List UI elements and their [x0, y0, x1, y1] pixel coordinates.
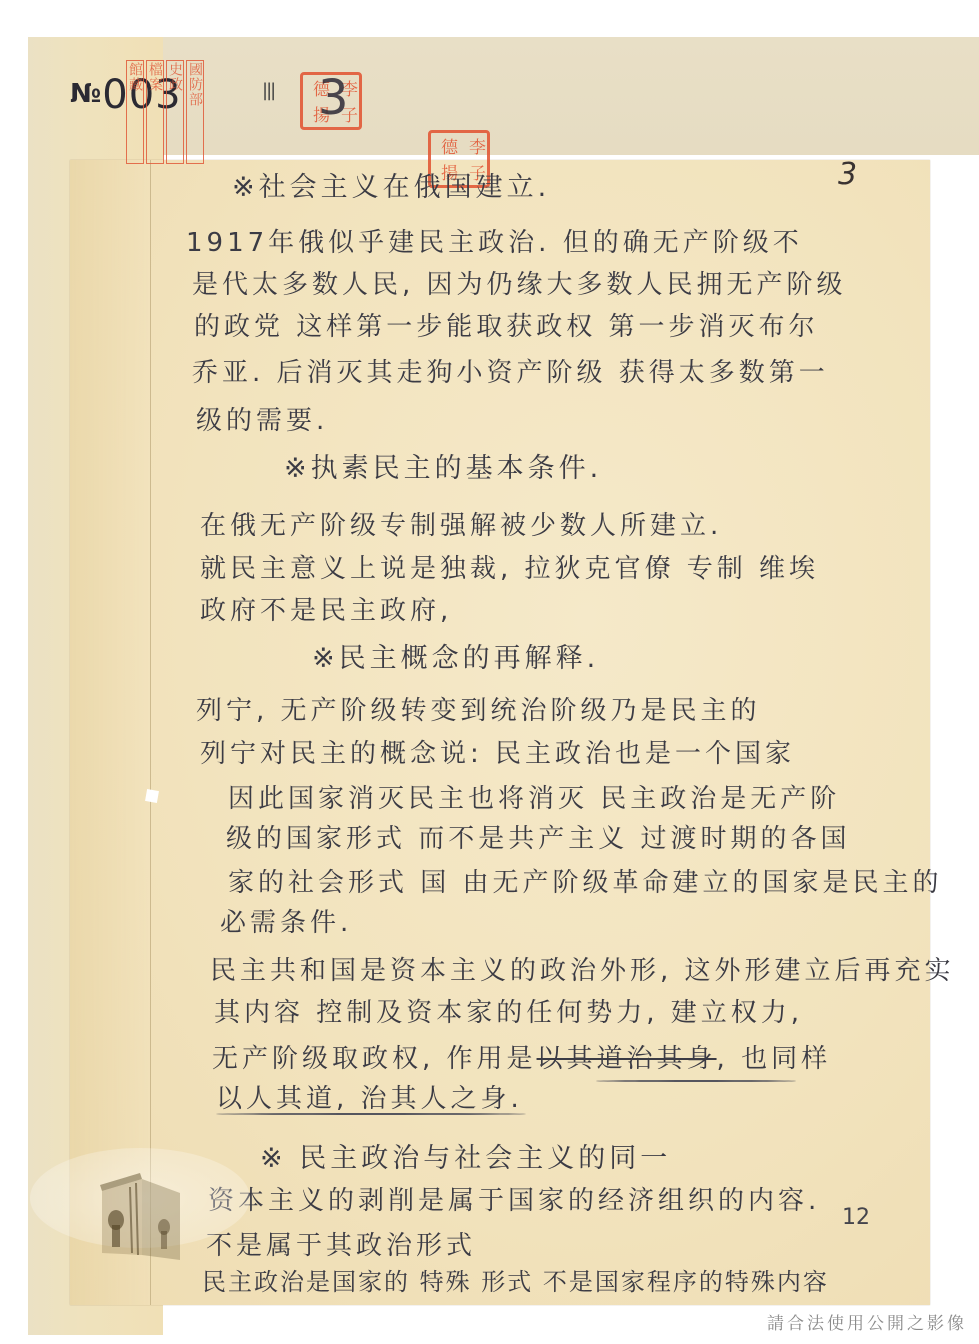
text-line: 不是属于其政治形式 [206, 1225, 476, 1262]
margin-note: 12 [842, 1205, 870, 1230]
text-line: 在俄无产阶级专制强解被少数人所建立. [200, 505, 722, 542]
text-line: 因此国家消灭民主也将消灭 民主政治是无产阶 [228, 778, 840, 815]
section-heading: ※ 民主政治与社会主义的同一 [260, 1136, 671, 1175]
seal-column: 國防部 [186, 60, 204, 164]
text-segment: , 也同样 [717, 1044, 832, 1074]
text-line: 乔亚. 后消灭其走狗小资产阶级 获得太多数第一 [192, 352, 829, 389]
text-line: 是代太多数人民, 因为仍缘大多数人民拥无产阶级 [192, 264, 847, 301]
text-line: 资本主义的剥削是属于国家的经济组织的内容. [208, 1180, 820, 1217]
page-fold-crease [70, 160, 151, 1305]
text-line: 的政党 这样第一步能取获政权 第一步消灭布尔 [194, 306, 819, 343]
text-line: 级的需要. [196, 400, 328, 437]
text-line: 民主共和国是资本主义的政治外形, 这外形建立后再充实 [210, 950, 955, 987]
section-heading: ※执素民主的基本条件. [284, 446, 602, 485]
handwritten-page-digit-over-seal: 3 [318, 70, 349, 126]
text-line: 以人其道, 治其人之身. [216, 1078, 523, 1115]
section-heading: ※民主概念的再解释. [312, 636, 599, 675]
text-line: 家的社会形式 国 由无产阶级革命建立的国家是民主的 [228, 862, 943, 899]
page-number: 3 [838, 157, 857, 192]
section-heading: ※社会主义在俄国建立. [232, 165, 550, 204]
seal-column: 史政 [166, 60, 184, 164]
text-line: 政府不是民主政府, [200, 590, 452, 627]
tick-marks: ||| [262, 80, 274, 101]
text-line: 1917年俄似乎建民主政治. 但的确无产阶级不 [186, 222, 803, 259]
text-line: 其内容 控制及资本家的任何势力, 建立权力, [214, 992, 803, 1029]
seal-column: 館藏 [126, 60, 144, 164]
text-line: 必需条件. [220, 902, 352, 939]
text-segment: 无产阶级取政权, 作用是 [212, 1044, 537, 1074]
paper-tear-hole [145, 789, 159, 803]
archive-book-keyhole-logo-icon [80, 1165, 190, 1260]
pencil-underline [216, 1113, 526, 1115]
seal-column: 檔案 [146, 60, 164, 164]
seal-char: 李 [459, 133, 487, 159]
text-line: 民主政治是国家的 特殊 形式 不是国家程序的特殊内容 [202, 1262, 829, 1297]
watermark-usage-notice: 請合法使用公開之影像 [767, 1309, 967, 1334]
archive-seal-vertical: 國防部 史政 檔案 館藏 [150, 60, 204, 164]
text-line: 列宁对民主的概念说: 民主政治也是一个国家 [200, 733, 795, 770]
text-line: 无产阶级取政权, 作用是以其道治其身, 也同样 [212, 1038, 831, 1075]
text-line: 级的国家形式 而不是共产主义 过渡时期的各国 [226, 818, 851, 855]
text-line: 就民主意义上说是独裁, 拉狄克官僚 专制 维埃 [200, 548, 819, 585]
seal-char: 德 [431, 133, 459, 159]
numero-sign: № [70, 79, 102, 109]
text-line: 列宁, 无产阶级转变到统治阶级乃是民主的 [196, 690, 761, 727]
struck-through-text: 以其道治其身 [537, 1044, 717, 1074]
pencil-underline [596, 1080, 796, 1082]
